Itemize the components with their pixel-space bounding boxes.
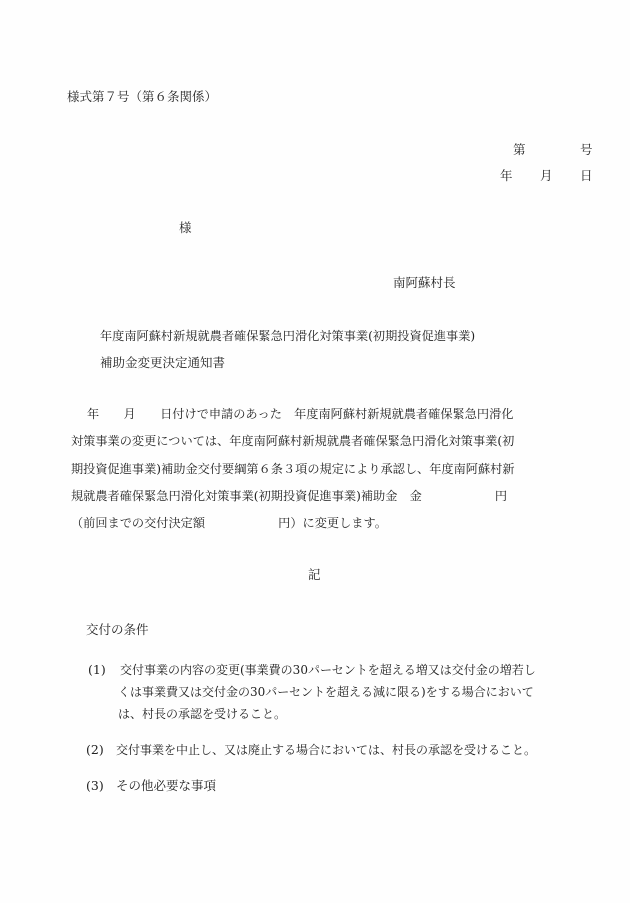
addressee-suffix: 様 (179, 222, 192, 235)
condition-2-line-1: 交付事業を中止し、又は廃止する場合においては、村長の承認を受けること。 (116, 744, 536, 756)
condition-3-line-1: その他必要な事項 (116, 780, 216, 793)
condition-1-number: (1) (88, 664, 106, 677)
condition-2-number: (2) (86, 744, 104, 757)
conditions-heading: 交付の条件 (86, 624, 149, 637)
date-year: 年 (500, 170, 513, 183)
title-line-2: 補助金変更決定通知書 (100, 357, 225, 370)
ki-heading: 記 (308, 569, 321, 582)
date-day: 日 (580, 170, 593, 183)
issuer: 南阿蘇村長 (393, 277, 456, 290)
condition-1-line-2: くは事業費又は交付金の30パーセントを超える減に限る)をする場合において (118, 686, 534, 698)
condition-3-number: (3) (86, 780, 104, 793)
condition-1-line-3: は、村長の承認を受けること。 (118, 708, 286, 720)
form-number: 様式第７号（第６条関係） (67, 91, 217, 104)
reference-go: 号 (580, 144, 593, 157)
date-month: 月 (540, 170, 553, 183)
condition-1-line-1: 交付事業の内容の変更(事業費の30パーセントを超える増又は交付金の増若し (120, 664, 536, 676)
body-line-1: 年 月 日付けで申請のあった 年度南阿蘇村新規就農者確保緊急円滑化 (87, 408, 513, 420)
title-line-1: 年度南阿蘇村新規就農者確保緊急円滑化対策事業(初期投資促進事業) (100, 330, 475, 342)
body-line-4: 規就農者確保緊急円滑化対策事業(初期投資促進事業)補助金 金 円 (71, 490, 507, 502)
body-line-2: 対策事業の変更については、年度南阿蘇村新規就農者確保緊急円滑化対策事業(初 (71, 435, 514, 447)
body-line-3: 期投資促進事業)補助金交付要綱第６条３項の規定により承認し、年度南阿蘇村新 (71, 463, 515, 475)
reference-dai: 第 (513, 144, 526, 157)
body-line-5: （前回までの交付決定額 円）に変更します。 (71, 517, 387, 529)
